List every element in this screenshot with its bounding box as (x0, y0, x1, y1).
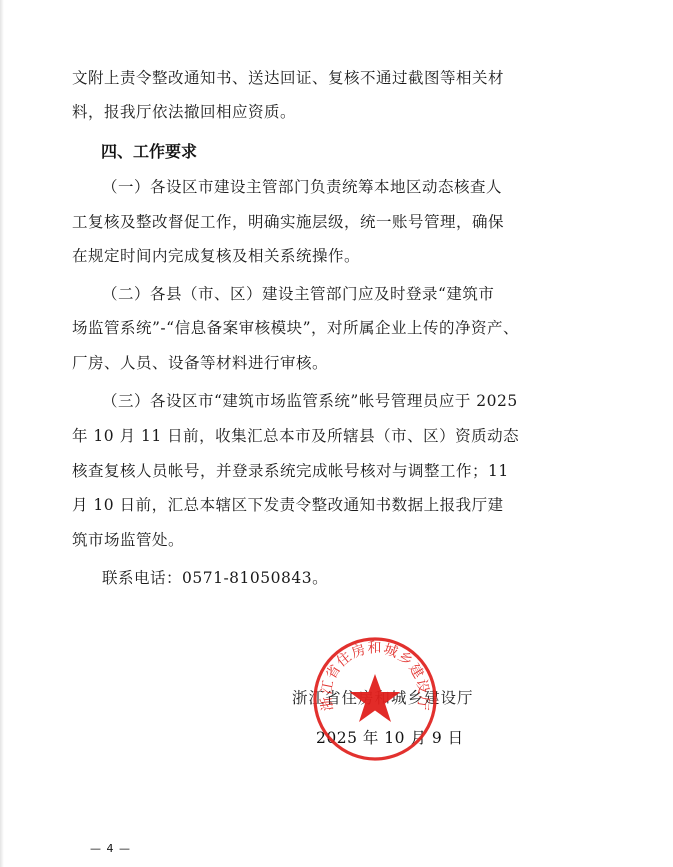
item3-line: （三）各设区市“建筑市场监管系统”帐号管理员应于 2025 (102, 391, 456, 411)
paragraph-line: 文附上责令整改通知书、送达回证、复核不通过截图等相关材 (72, 68, 456, 88)
item2-line: 厂房、人员、设备等材料进行审核。 (72, 353, 456, 373)
page-number: — 4 — (90, 842, 131, 855)
item2-line: （二）各县（市、区）建设主管部门应及时登录“建筑市 (102, 284, 456, 304)
paragraph-line: 料，报我厅依法撤回相应资质。 (72, 102, 456, 122)
official-seal-icon: 浙江省住房和城乡建设厅 (312, 636, 438, 762)
item3-line: 月 10 日前，汇总本辖区下发责令整改通知书数据上报我厅建 (72, 495, 456, 515)
item3-line: 核查复核人员帐号，并登录系统完成帐号核对与调整工作；11 (72, 461, 456, 481)
page-edge (0, 0, 4, 867)
item1-line: 工复核及整改督促工作，明确实施层级，统一账号管理，确保 (72, 212, 456, 232)
item3-line: 年 10 月 11 日前，收集汇总本市及所辖县（市、区）资质动态 (72, 426, 456, 446)
item1-line: 在规定时间内完成复核及相关系统操作。 (72, 246, 456, 266)
section-heading: 四、工作要求 (101, 142, 197, 162)
item2-line: 场监管系统”-“信息备案审核模块”，对所属企业上传的净资产、 (72, 318, 456, 338)
item3-line: 筑市场监管处。 (72, 530, 456, 550)
contact-phone: 联系电话：0571-81050843。 (102, 568, 456, 588)
item1-line: （一）各设区市建设主管部门负责统筹本地区动态核查人 (102, 177, 456, 197)
